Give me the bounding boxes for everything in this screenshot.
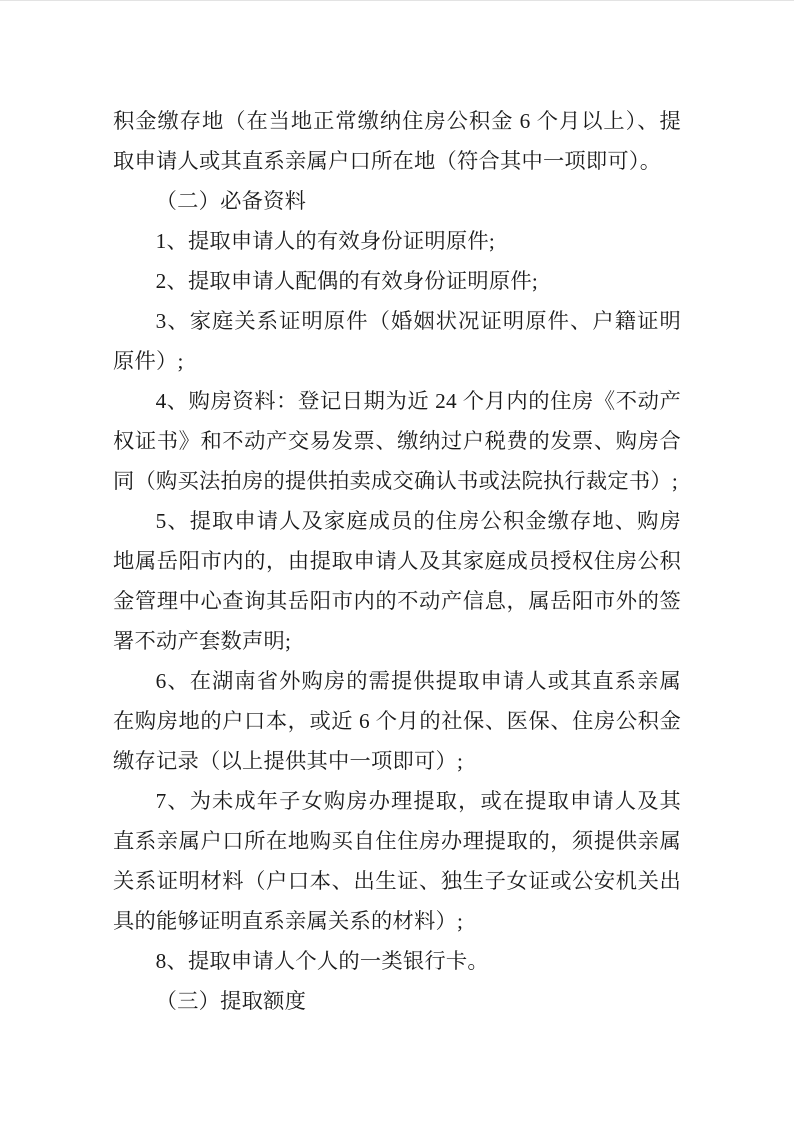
list-item-6: 6、在湖南省外购房的需提供提取申请人或其直系亲属在购房地的户口本，或近 6 个月…	[113, 661, 681, 781]
list-item-1: 1、提取申请人的有效身份证明原件;	[113, 221, 681, 261]
section-heading-required-materials: （二）必备资料	[113, 181, 681, 221]
list-item-7: 7、为未成年子女购房办理提取，或在提取申请人及其直系亲属户口所在地购买自住住房办…	[113, 781, 681, 941]
list-item-4: 4、购房资料：登记日期为近 24 个月内的住房《不动产权证书》和不动产交易发票、…	[113, 381, 681, 501]
list-item-5: 5、提取申请人及家庭成员的住房公积金缴存地、购房地属岳阳市内的，由提取申请人及其…	[113, 501, 681, 661]
section-heading-withdrawal-quota: （三）提取额度	[113, 981, 681, 1021]
list-item-3: 3、家庭关系证明原件（婚姻状况证明原件、户籍证明原件）;	[113, 301, 681, 381]
paragraph-continuation: 积金缴存地（在当地正常缴纳住房公积金 6 个月以上）、提取申请人或其直系亲属户口…	[113, 101, 681, 181]
page-top-edge	[0, 0, 794, 1]
list-item-2: 2、提取申请人配偶的有效身份证明原件;	[113, 261, 681, 301]
document-page: 积金缴存地（在当地正常缴纳住房公积金 6 个月以上）、提取申请人或其直系亲属户口…	[0, 0, 794, 1122]
list-item-8: 8、提取申请人个人的一类银行卡。	[113, 941, 681, 981]
